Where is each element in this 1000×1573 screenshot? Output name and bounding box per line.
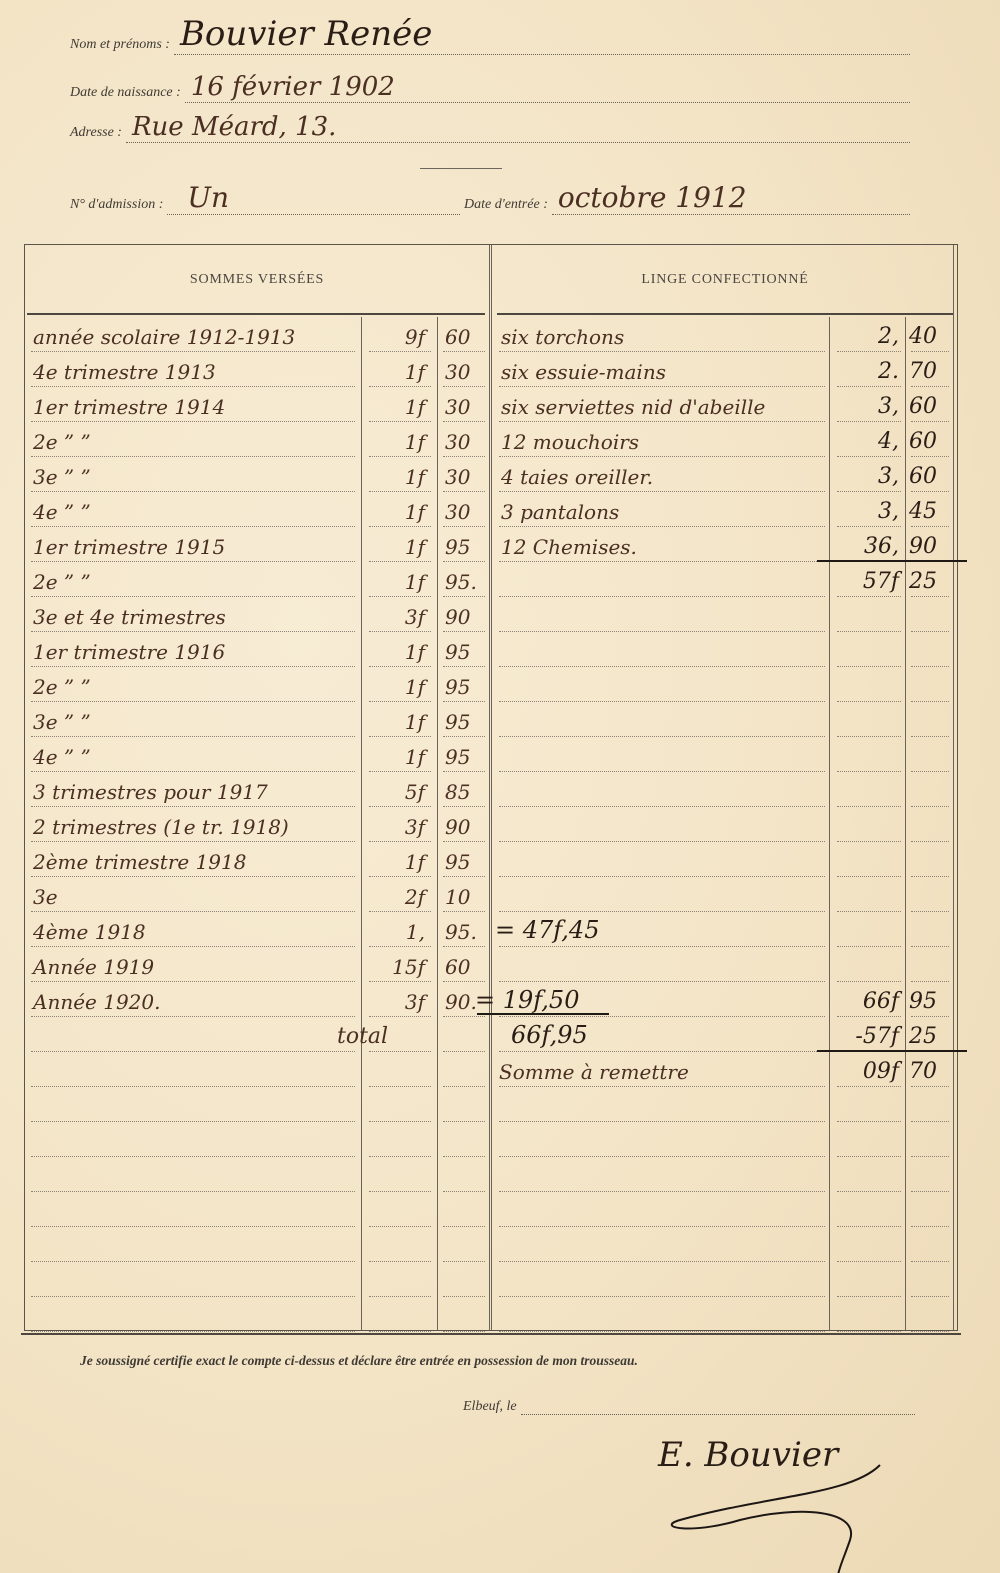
linen-row-cents: 40: [909, 324, 937, 349]
sums-row-cents: 95: [445, 640, 470, 664]
sums-row-cents: 90: [445, 815, 470, 839]
subtotal-2: = 19f,50: [475, 986, 579, 1014]
ledger-row: 4ème 1918 1, 95.= 47f,45: [25, 912, 957, 947]
linen-header-rule: [497, 313, 953, 315]
sums-row-francs: 1f: [405, 850, 425, 874]
calc-line2-cents: 25: [909, 1024, 937, 1049]
ledger-row: Année 1920. 3f 90.= 19f,50 66f 95: [25, 982, 957, 1017]
admission-number-field: N° d'admission : Un: [70, 184, 460, 215]
ledger-row: 3e ” ” 1f 304 taies oreiller. 3, 60: [25, 457, 957, 492]
linen-total-francs: 57f: [863, 569, 899, 594]
ledger-row: 4e ” ” 1f 303 pantalons 3, 45: [25, 492, 957, 527]
sums-row-label: 4e trimestre 1913: [33, 360, 216, 384]
remainder-rule: [817, 1050, 967, 1052]
entry-date-label: Date d'entrée :: [464, 197, 548, 215]
ledger-row: 1er trimestre 1914 1f 30six serviettes n…: [25, 387, 957, 422]
place-date-field: Elbeuf, le: [463, 1398, 915, 1415]
ledger-row: [25, 1122, 957, 1157]
linen-row-cents: 70: [909, 359, 937, 384]
ledger-row: 3e et 4e trimestres 3f 90: [25, 597, 957, 632]
sums-row-francs: 15f: [392, 955, 425, 979]
sums-row-francs: 9f: [405, 325, 425, 349]
ledger-row: [25, 1192, 957, 1227]
certification-text: Je soussigné certifie exact le compte ci…: [80, 1353, 638, 1369]
sums-row-label: 1er trimestre 1914: [33, 395, 225, 419]
sums-row-cents: 30: [445, 360, 470, 384]
sums-row-label: Année 1920.: [33, 990, 161, 1014]
linen-row-label: 3 pantalons: [501, 500, 619, 524]
total-value: 66f,95: [511, 1021, 588, 1049]
name-field: Nom et prénoms : Bouvier Renée: [70, 24, 910, 55]
sums-column-header: SOMMES VERSÉES: [25, 245, 489, 315]
sums-row-cents: 90: [445, 605, 470, 629]
remainder-label: Somme à remettre: [499, 1060, 689, 1084]
sums-total-rule: [477, 1013, 609, 1015]
linen-column-header: LINGE CONFECTIONNÉ: [493, 245, 957, 315]
ledger-row: 2e ” ” 1f 95: [25, 667, 957, 702]
sums-row-cents: 95.: [445, 920, 477, 944]
linen-row-francs: 36,: [864, 534, 899, 559]
name-label: Nom et prénoms :: [70, 37, 170, 55]
sums-row-label: 3e ” ”: [33, 465, 91, 489]
ledger-row: 2ème trimestre 1918 1f 95: [25, 842, 957, 877]
remainder-cents: 70: [909, 1059, 937, 1084]
ledger-row: 2 trimestres (1e tr. 1918) 3f 90: [25, 807, 957, 842]
sums-row-francs: 1f: [405, 710, 425, 734]
calc-line2-francs: -57f: [855, 1024, 899, 1049]
ledger-row: 4e ” ” 1f 95: [25, 737, 957, 772]
signature-flourish-icon: [650, 1425, 890, 1573]
ledger-row: Somme à remettre 09f 70: [25, 1052, 957, 1087]
sums-row-label: 3e ” ”: [33, 710, 91, 734]
ledger-row: année scolaire 1912-1913 9f 60six torcho…: [25, 317, 957, 352]
linen-row-francs: 4,: [878, 429, 899, 454]
sums-row-label: 2ème trimestre 1918: [33, 850, 246, 874]
sums-row-francs: 1,: [406, 920, 425, 944]
sums-row-label: 4ème 1918: [33, 920, 146, 944]
sums-row-cents: 85: [445, 780, 470, 804]
sums-row-francs: 1f: [405, 395, 425, 419]
ledger-row: 2e ” ” 1f 3012 mouchoirs 4, 60: [25, 422, 957, 457]
sums-row-label: année scolaire 1912-1913: [33, 325, 295, 349]
sums-row-cents: 60: [445, 325, 470, 349]
sums-row-label: 2e ” ”: [33, 570, 91, 594]
ledger-row: [25, 1297, 957, 1332]
ledger-row: total 66f,95 -57f 25: [25, 1017, 957, 1052]
linen-row-label: six serviettes nid d'abeille: [501, 395, 765, 419]
linen-row-label: 12 mouchoirs: [501, 430, 639, 454]
sums-row-francs: 1f: [405, 535, 425, 559]
ledger-row: 3 trimestres pour 1917 5f 85: [25, 772, 957, 807]
ledger-row: [25, 1227, 957, 1262]
sums-row-francs: 5f: [405, 780, 425, 804]
sums-row-francs: 1f: [405, 640, 425, 664]
ledger-row: 2e ” ” 1f 95. 57f 25: [25, 562, 957, 597]
sums-row-label: 3e: [33, 885, 58, 909]
sums-row-cents: 95: [445, 850, 470, 874]
birth-date-value: 16 février 1902: [191, 72, 395, 102]
birth-date-field: Date de naissance : 16 février 1902: [70, 72, 910, 103]
address-field: Adresse : Rue Méard, 13.: [70, 112, 910, 143]
calc-line1-francs: 66f: [863, 989, 899, 1014]
total-label: total: [337, 1024, 388, 1049]
sums-row-label: 1er trimestre 1915: [33, 535, 225, 559]
header-divider: [420, 168, 502, 169]
sums-row-cents: 60: [445, 955, 470, 979]
sums-row-francs: 1f: [405, 570, 425, 594]
entry-date-field: Date d'entrée : octobre 1912: [464, 184, 910, 215]
sums-header-rule: [27, 313, 485, 315]
ledger-row: 4e trimestre 1913 1f 30six essuie-mains …: [25, 352, 957, 387]
ledger-row: [25, 1262, 957, 1297]
linen-row-francs: 2,: [878, 324, 899, 349]
sums-row-label: 4e ” ”: [33, 500, 91, 524]
sums-row-francs: 3f: [405, 990, 425, 1014]
address-value: Rue Méard, 13.: [132, 112, 336, 142]
sums-row-label: 2e ” ”: [33, 430, 91, 454]
sums-row-cents: 30: [445, 465, 470, 489]
ledger-row: 3e 2f 10: [25, 877, 957, 912]
date-line: [521, 1398, 915, 1415]
address-label: Adresse :: [70, 125, 122, 143]
ledger-row: 1er trimestre 1916 1f 95: [25, 632, 957, 667]
sums-row-label: 2 trimestres (1e tr. 1918): [33, 815, 289, 839]
entry-date-value: octobre 1912: [558, 181, 747, 214]
ledger-row: 3e ” ” 1f 95: [25, 702, 957, 737]
subtotal-1: = 47f,45: [495, 916, 599, 944]
linen-row-francs: 3,: [878, 499, 899, 524]
linen-row-label: six torchons: [501, 325, 624, 349]
sums-row-francs: 2f: [405, 885, 425, 909]
sums-row-label: 2e ” ”: [33, 675, 91, 699]
sums-row-cents: 30: [445, 500, 470, 524]
remainder-francs: 09f: [863, 1059, 899, 1084]
admission-number-value: Un: [187, 181, 229, 214]
linen-total-cents: 25: [909, 569, 937, 594]
sums-row-label: Année 1919: [33, 955, 154, 979]
sums-row-cents: 95: [445, 535, 470, 559]
ledger-row: [25, 1087, 957, 1122]
linen-row-label: 12 Chemises.: [501, 535, 637, 559]
linen-row-cents: 90: [909, 534, 937, 559]
sums-row-cents: 90.: [445, 990, 477, 1014]
linen-row-cents: 45: [909, 499, 937, 524]
linen-row-francs: 3,: [878, 464, 899, 489]
sums-row-francs: 3f: [405, 605, 425, 629]
sums-row-label: 3e et 4e trimestres: [33, 605, 226, 629]
linen-row-label: six essuie-mains: [501, 360, 666, 384]
ledger-table: SOMMES VERSÉES LINGE CONFECTIONNÉ année …: [24, 244, 958, 1331]
linen-row-cents: 60: [909, 464, 937, 489]
admission-number-label: N° d'admission :: [70, 197, 163, 215]
sums-row-label: 3 trimestres pour 1917: [33, 780, 268, 804]
linen-total-rule: [817, 560, 967, 562]
place-label: Elbeuf, le: [463, 1399, 517, 1415]
linen-row-francs: 3,: [878, 394, 899, 419]
calc-line1-cents: 95: [909, 989, 937, 1014]
ledger-row: [25, 1157, 957, 1192]
sums-row-francs: 1f: [405, 430, 425, 454]
ledger-row: Année 1919 15f 60: [25, 947, 957, 982]
name-value: Bouvier Renée: [180, 14, 432, 54]
sums-row-cents: 95: [445, 675, 470, 699]
sums-row-label: 4e ” ”: [33, 745, 91, 769]
linen-row-francs: 2.: [878, 359, 899, 384]
sums-row-francs: 1f: [405, 465, 425, 489]
sums-row-cents: 95: [445, 745, 470, 769]
sums-row-cents: 95.: [445, 570, 477, 594]
sums-row-francs: 1f: [405, 500, 425, 524]
sums-row-francs: 1f: [405, 675, 425, 699]
sums-row-francs: 1f: [405, 745, 425, 769]
linen-row-cents: 60: [909, 429, 937, 454]
sums-row-cents: 30: [445, 395, 470, 419]
linen-row-label: 4 taies oreiller.: [501, 465, 653, 489]
birth-date-label: Date de naissance :: [70, 85, 181, 103]
sums-row-cents: 30: [445, 430, 470, 454]
ledger-row: 1er trimestre 1915 1f 9512 Chemises. 36,…: [25, 527, 957, 562]
linen-row-cents: 60: [909, 394, 937, 419]
sums-row-francs: 1f: [405, 360, 425, 384]
sums-row-francs: 3f: [405, 815, 425, 839]
sums-row-label: 1er trimestre 1916: [33, 640, 225, 664]
sums-row-cents: 95: [445, 710, 470, 734]
sums-row-cents: 10: [445, 885, 470, 909]
